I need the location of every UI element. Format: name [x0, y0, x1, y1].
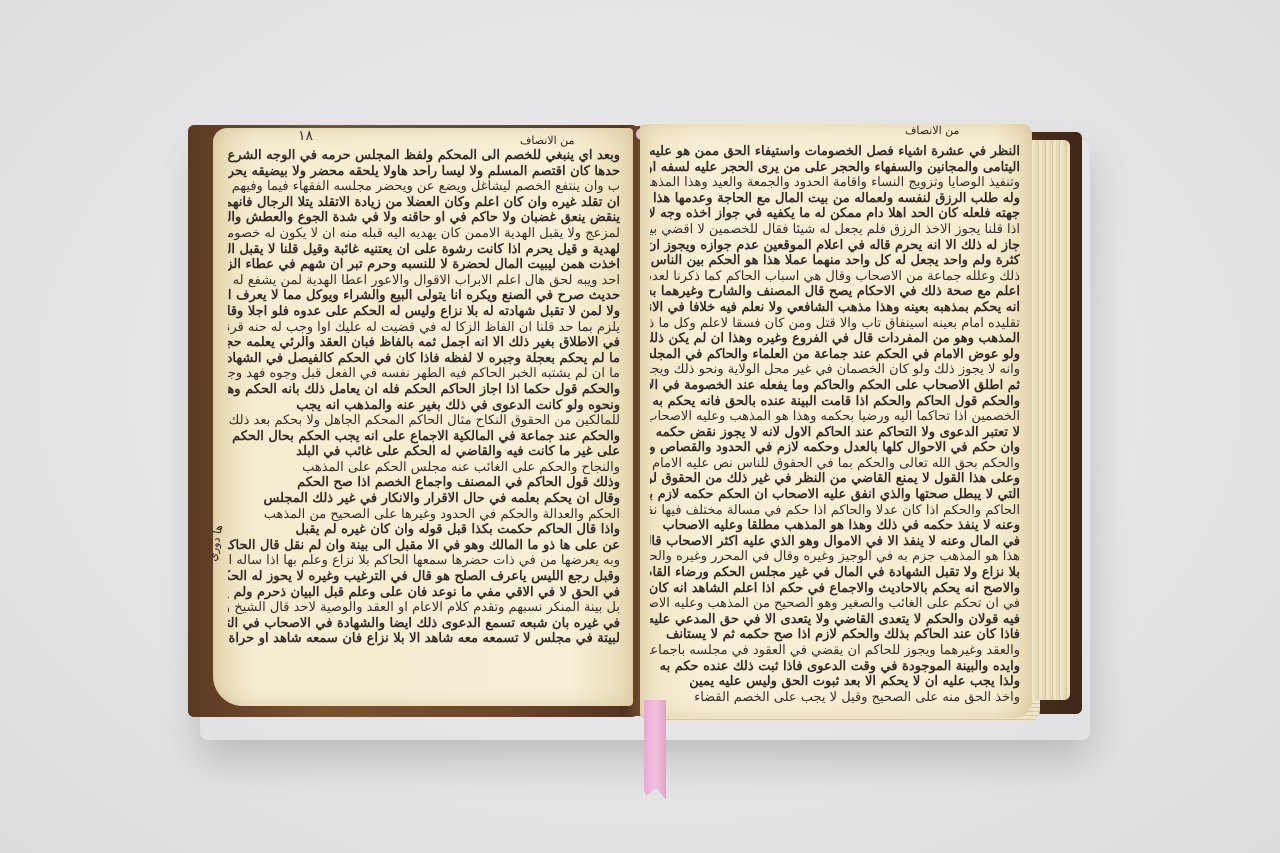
manuscript-line: والاصح انه يحكم بالاحاديث والاجماع في حك… [650, 581, 1020, 597]
manuscript-line: ولو عوض الامام في الحكم عند جماعة من الع… [650, 347, 1020, 363]
manuscript-line: في غيره بان شبعه تسمع الدعوى ذلك ايضا وا… [228, 616, 620, 632]
manuscript-line: في الاطلاق بغير ذلك الا انه اجمل ثمه بال… [228, 335, 620, 351]
manuscript-line: ونحوه ولو كانت الدعوى في ذلك بغير عنه وا… [228, 398, 620, 414]
manuscript-line: والحكم قول الحاكم والحكم اذا قامت البينة… [650, 394, 1020, 410]
manuscript-line: وقال ان يحكم بعلمه في حال الاقرار والانك… [228, 491, 620, 507]
manuscript-line: ينقض ينعق غضبان ولا حاكم في او حاقنه ولا… [228, 210, 620, 226]
manuscript-line: وعلى هذا القول لا يمنع القاضي من النظر ف… [650, 471, 1020, 487]
manuscript-line: ولذا يجب عليه ان لا يحكم الا بعد ثبوت ال… [650, 674, 1020, 690]
manuscript-line: لبيتة في مجلس لا تسمعه معه شاهد الا بلا … [228, 631, 620, 647]
manuscript-line: الخصمين اذا تحاكما اليه ورضيا بحكمه وهذا… [650, 409, 1020, 425]
manuscript-line: لا تعتبر الدعوى ولا التحاكم عند الحاكم ا… [650, 425, 1020, 441]
manuscript-line: وبعد اي ينبغي للخصم الى المحكم ولفظ المج… [228, 148, 620, 164]
manuscript-line: حديث صرح في الصنع ويكره انا يتولى البيع … [228, 288, 620, 304]
manuscript-line: والحكم بحق الله تعالى والحكم بما في الحق… [650, 456, 1020, 472]
manuscript-line: اليتامى والمجانين والسفهاء والحجر على من… [650, 160, 1020, 176]
manuscript-line: وقبل رجع الليس ياعرف الصلح هو قال في الت… [228, 569, 620, 585]
manuscript-line: يلزم بما حد قلنا ان الفاظ الزكا له في قض… [228, 320, 620, 336]
manuscript-line: احد ويبه لحق هال اعلم الابراب الاقوال وا… [228, 273, 620, 289]
manuscript-line: النظر في عشرة اشياء فصل الخصومات واستيفا… [650, 144, 1020, 160]
manuscript-line: عن على ها ذو ما المالك وهو في الا مقبل ا… [228, 538, 620, 554]
manuscript-line: للمالكين من الحقوق النكاح مثال الحاكم ال… [228, 413, 620, 429]
manuscript-line: جاز له ذلك الا انه يحرم قاله في اعلام ال… [650, 238, 1020, 254]
manuscript-line: والعقد وغيرهما ويجوز للحاكم ان يقضي في ا… [650, 643, 1020, 659]
manuscript-line: جهته فلعله كان الحد اهلا دام ممكن له ما … [650, 206, 1020, 222]
folio-number: ١٨ [298, 128, 313, 144]
manuscript-line: تقليده امام بعينه اسينفاق تاب والا قتل و… [650, 316, 1020, 332]
manuscript-line: وبه يعرضها من في ذات حضرها سمعها الحاكم … [228, 553, 620, 569]
manuscript-line: الحكم والعدالة والحكم في الحدود وغيرها ع… [228, 507, 620, 523]
manuscript-line: ما ان لم يشتبه الخبر الحاكم فيه الطهر نف… [228, 366, 620, 382]
manuscript-line: في ان تحكم على الغائب والصغير وهو الصحيح… [650, 596, 1020, 612]
manuscript-line: لمزعج ولا يقبل الهدية الاممن كان يهديه ا… [228, 226, 620, 242]
manuscript-line: بل بينة المنكر نسبهم وتقدم كلام الاعام ا… [228, 600, 620, 616]
manuscript-line: وله طلب الرزق لنفسه ولعماله من بيت المال… [650, 191, 1020, 207]
manuscript-line: في المال وعنه لا ينفذ الا في الاموال وهو… [650, 534, 1020, 550]
manuscript-line: ب وان ينتفع الخصم ليشاغل ويضع عن ويحضر م… [228, 179, 620, 195]
manuscript-line: وايده والبينة الموجودة في وقت الدعوى فاذ… [650, 659, 1020, 675]
manuscript-line: لهدية و قيل يحرم اذا كانت رشوة على ان يع… [228, 242, 620, 258]
manuscript-line: بلا نزاع ولا تقبل الشهادة في المال في غي… [650, 565, 1020, 581]
manuscript-line: اذا قلنا يجوز الاخذ الرزق فلم يجعل له شي… [650, 222, 1020, 238]
manuscript-line: كثرة ولم واحد يجعل له كل واحد منهما عملا… [650, 253, 1020, 269]
manuscript-line: حدها كان اقتصم المسلم ولا ليسا راحد هاول… [228, 164, 620, 180]
manuscript-line: وتنفيذ الوصايا وتزويج النساء واقامة الحد… [650, 175, 1020, 191]
manuscript-line: الحاكم والحكم اذا كان عدلا والحاكم اذا ح… [650, 503, 1020, 519]
manuscript-line: ذلك وعلله جماعة من الاصحاب وقال هي اسباب… [650, 269, 1020, 285]
manuscript-line: فيه قولان والحكم لا يتعدى القاضي ولا يتع… [650, 612, 1020, 628]
manuscript-line: اخذت همن ليبيت المال لحضرة لا للنسبه وحر… [228, 257, 620, 273]
manuscript-line: والحكم قول حكما اذا اجاز الحاكم الحكم فل… [228, 382, 620, 398]
manuscript-line: ان تقلد غيره وان كان اعلم وكان العضلا من… [228, 195, 620, 211]
manuscript-line: على غير ما كانت فيه والقاضي له الحكم على… [228, 444, 620, 460]
manuscript-line: ثم اطلق الاصحاب على الحكم والحاكم وما يف… [650, 378, 1020, 394]
manuscript-line: واخذ الحق منه على الصحيح وقيل لا يجب على… [650, 690, 1020, 704]
manuscript-line: انه يحكم بمذهبه بعينه وهذا مذهب الشافعي … [650, 300, 1020, 316]
left-page-text: وبعد اي ينبغي للخصم الى المحكم ولفظ المج… [228, 148, 620, 696]
manuscript-line: وانه لا يجوز ذلك ولو كان الخصمان في غير … [650, 362, 1020, 378]
manuscript-line: وعنه لا ينفذ حكمه في ذلك وهذا هو المذهب … [650, 518, 1020, 534]
manuscript-line: واذا قال الحاكم حكمت بكذا قبل قوله وان ك… [228, 522, 620, 538]
manuscript-line: وذلك قول الحاكم في المصنف واجماع الخصم ا… [228, 475, 620, 491]
manuscript-line: وان حكم في الاحوال كلها بالعدل وحكمه لاز… [650, 440, 1020, 456]
manuscript-line: هذا هو المذهب جزم به في الوجيز وغيره وقا… [650, 549, 1020, 565]
manuscript-line: في الحق لا في الاقي مفي ما نوعد فان على … [228, 585, 620, 601]
manuscript-line: اعلم مع صحة ذلك في الاحكام يصح قال المصن… [650, 284, 1020, 300]
bookmark-ribbon[interactable] [644, 700, 666, 800]
manuscript-line: المذهب وهو من المفردات قال في الفروع وغي… [650, 331, 1020, 347]
manuscript-line: والحكم عند جماعة في المالكية الاجماع على… [228, 429, 620, 445]
manuscript-line: ما لم يحكم بعجلة وجبره لا لفظه فاذا كان … [228, 351, 620, 367]
manuscript-line: التي لا يبطل صحتها والذي انفق عليه الاصح… [650, 487, 1020, 503]
right-page-text: النظر في عشرة اشياء فصل الخصومات واستيفا… [650, 144, 1020, 704]
manuscript-line: فاذا كان عند الحاكم بذلك والحكم لازم اذا… [650, 627, 1020, 643]
right-page-header: من الانصاف [905, 124, 959, 137]
manuscript-line: ولا لمن لا تقبل شهادته له بلا نزاع وليس … [228, 304, 620, 320]
left-page-header: من الانصاف [520, 134, 574, 147]
page-edges-right [1028, 140, 1070, 700]
manuscript-line: والنجاح والحكم على الغائب عنه مجلس الحكم… [228, 460, 620, 476]
